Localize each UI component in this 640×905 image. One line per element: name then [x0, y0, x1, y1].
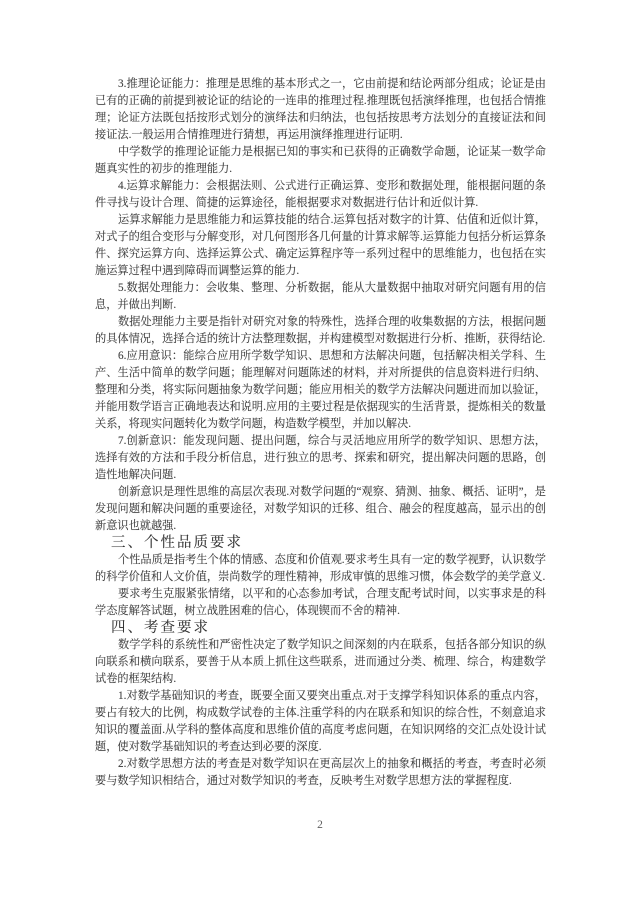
paragraph: 3.推理论证能力：推理是思维的基本形式之一，它由前提和结论两部分组成；论证是由已… — [95, 76, 546, 144]
document-page: 3.推理论证能力：推理是思维的基本形式之一，它由前提和结论两部分组成；论证是由已… — [0, 0, 640, 905]
paragraph: 4.运算求解能力：会根据法则、公式进行正确运算、变形和数据处理，能根据问题的条件… — [95, 178, 546, 212]
section-heading: 四、考查要求 — [95, 620, 546, 637]
page-number: 2 — [0, 819, 640, 831]
section-heading: 三、个性品质要求 — [95, 535, 546, 552]
paragraph: 要求考生克服紧张情绪，以平和的心态参加考试，合理支配考试时间，以实事求是的科学态… — [95, 586, 546, 620]
paragraph: 5.数据处理能力：会收集、整理、分析数据，能从大量数据中抽取对研究问题有用的信息… — [95, 280, 546, 314]
paragraph: 数学学科的系统性和严密性决定了数学知识之间深刻的内在联系，包括各部分知识的纵向联… — [95, 637, 546, 688]
paragraph: 个性品质是指考生个体的情感、态度和价值观.要求考生具有一定的数学视野，认识数学的… — [95, 552, 546, 586]
paragraph: 1.对数学基础知识的考查，既要全面又要突出重点.对于支撑学科知识体系的重点内容，… — [95, 688, 546, 756]
paragraph: 7.创新意识：能发现问题、提出问题，综合与灵活地应用所学的数学知识、思想方法，选… — [95, 433, 546, 484]
paragraph: 中学数学的推理论证能力是根据已知的事实和已获得的正确数学命题，论证某一数学命题真… — [95, 144, 546, 178]
paragraph: 6.应用意识：能综合应用所学数学知识、思想和方法解决问题，包括解决相关学科、生产… — [95, 348, 546, 433]
paragraph: 运算求解能力是思维能力和运算技能的结合.运算包括对数字的计算、估值和近似计算，对… — [95, 212, 546, 280]
paragraph: 数据处理能力主要是指针对研究对象的特殊性，选择合理的收集数据的方法，根据问题的具… — [95, 314, 546, 348]
paragraph: 创新意识是理性思维的高层次表现.对数学问题的“观察、猜测、抽象、概括、证明”，是… — [95, 484, 546, 535]
paragraph: 2.对数学思想方法的考查是对数学知识在更高层次上的抽象和概括的考查，考查时必须要… — [95, 756, 546, 790]
document-body: 3.推理论证能力：推理是思维的基本形式之一，它由前提和结论两部分组成；论证是由已… — [95, 76, 546, 790]
